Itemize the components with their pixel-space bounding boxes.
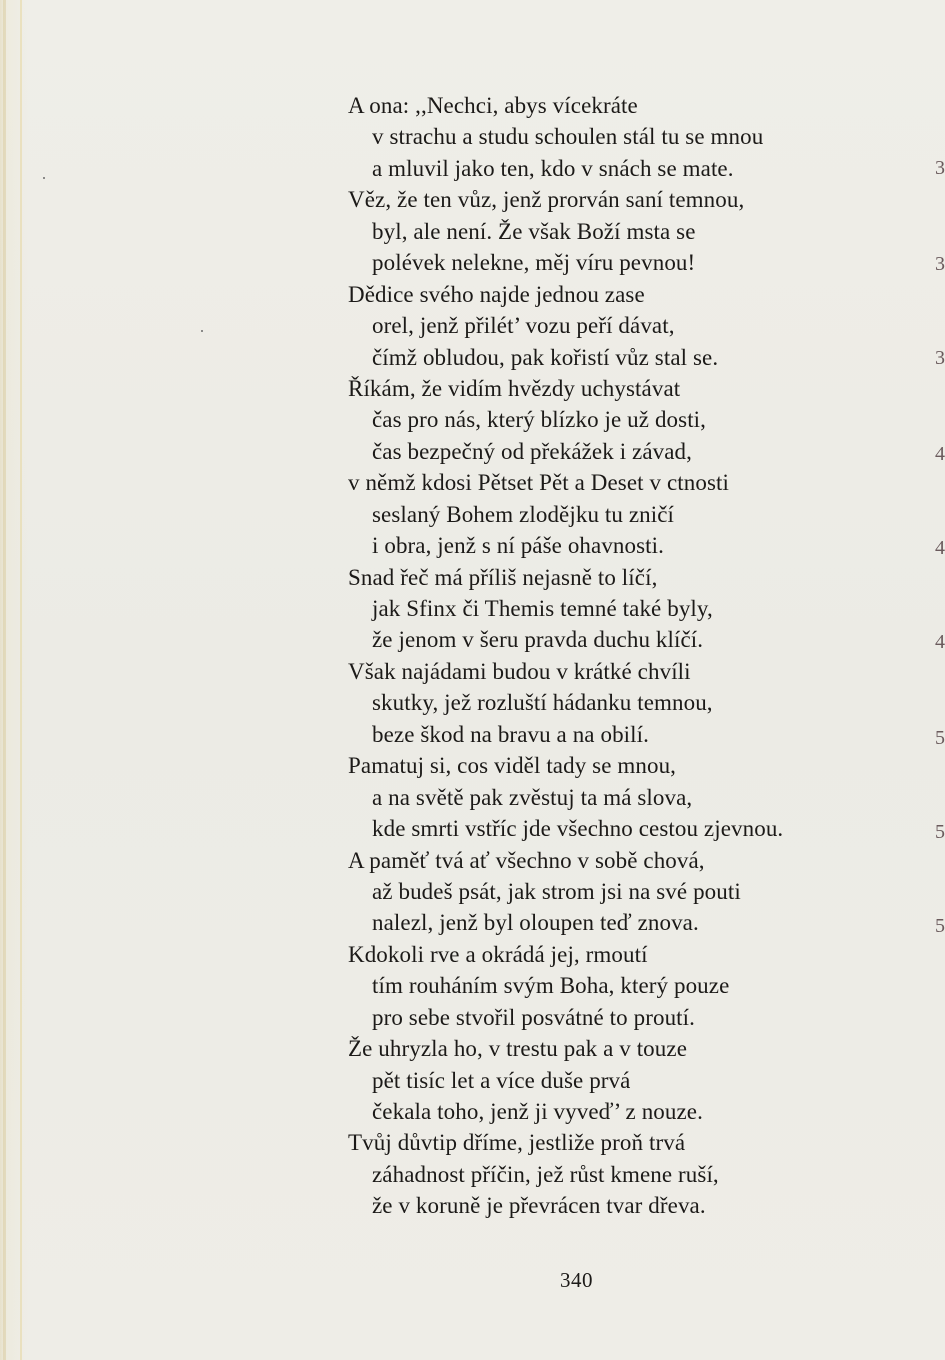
verse-line: A ona: ,,Nechci, abys vícekráte (348, 90, 783, 121)
verse-line: čas bezpečný od překážek i závad, (348, 436, 783, 467)
verse-line: tím rouháním svým Boha, který pouze (348, 970, 783, 1001)
facing-page-margin-number: 5 (935, 822, 945, 842)
verse-line: A paměť tvá ať všechno v sobě chová, (348, 845, 783, 876)
verse-line: v strachu a studu schoulen stál tu se mn… (348, 121, 783, 152)
paper-speck (201, 330, 203, 332)
verse-line: orel, jenž přilét’ vozu peří dávat, (348, 310, 783, 341)
verse-line: že jenom v šeru pravda duchu klíčí. (348, 624, 783, 655)
verse-line: a na světě pak zvěstuj ta má slova, (348, 782, 783, 813)
page-number: 340 (560, 1268, 593, 1293)
facing-page-margin-number: 4 (935, 444, 945, 464)
verse-line: pro sebe stvořil posvátné to proutí. (348, 1002, 783, 1033)
verse-line: Že uhryzla ho, v trestu pak a v touze (348, 1033, 783, 1064)
verse-line: čekala toho, jenž ji vyveď’ z nouze. (348, 1096, 783, 1127)
verse-line: seslaný Bohem zlodějku tu zničí (348, 499, 783, 530)
paper-speck (43, 177, 45, 179)
facing-page-margin-number: 3 (935, 254, 945, 274)
page-binding-line (20, 0, 22, 1360)
verse-line: čas pro nás, který blízko je už dosti, (348, 404, 783, 435)
facing-page-margin-number: 3 (935, 158, 945, 178)
verse-line: i obra, jenž s ní páše ohavnosti. (348, 530, 783, 561)
verse-line: byl, ale není. Že však Boží msta se (348, 216, 783, 247)
verse-line: Říkám, že vidím hvězdy uchystávat (348, 373, 783, 404)
verse-line: beze škod na bravu a na obilí. (348, 719, 783, 750)
facing-page-margin-number: 3 (935, 348, 945, 368)
verse-line: záhadnost příčin, jež růst kmene ruší, (348, 1159, 783, 1190)
verse-line: Dědice svého najde jednou zase (348, 279, 783, 310)
verse-line: a mluvil jako ten, kdo v snách se mate. (348, 153, 783, 184)
verse-line: v němž kdosi Pětset Pět a Deset v ctnost… (348, 467, 783, 498)
verse-line: nalezl, jenž byl oloupen teď znova. (348, 907, 783, 938)
verse-line: Tvůj důvtip dříme, jestliže proň trvá (348, 1127, 783, 1158)
verse-line: až budeš psát, jak strom jsi na své pout… (348, 876, 783, 907)
verse-line: čímž obludou, pak kořistí vůz stal se. (348, 342, 783, 373)
verse-line: Věz, že ten vůz, jenž prorván saní temno… (348, 184, 783, 215)
verse-line: pět tisíc let a více duše prvá (348, 1065, 783, 1096)
poem-text: A ona: ,,Nechci, abys vícekráte v strach… (348, 90, 783, 1222)
verse-line: kde smrti vstříc jde všechno cestou zjev… (348, 813, 783, 844)
facing-page-margin-number: 4 (935, 632, 945, 652)
page-binding-shadow (3, 0, 6, 1360)
verse-line: skutky, jež rozluští hádanku temnou, (348, 687, 783, 718)
verse-line: Pamatuj si, cos viděl tady se mnou, (348, 750, 783, 781)
verse-line: že v koruně je převrácen tvar dřeva. (348, 1190, 783, 1221)
facing-page-margin-number: 4 (935, 538, 945, 558)
verse-line: Však najádami budou v krátké chvíli (348, 656, 783, 687)
verse-line: polévek nelekne, měj víru pevnou! (348, 247, 783, 278)
verse-line: Snad řeč má příliš nejasně to líčí, (348, 562, 783, 593)
facing-page-margin-number: 5 (935, 728, 945, 748)
verse-line: jak Sfinx či Themis temné také byly, (348, 593, 783, 624)
facing-page-margin-number: 5 (935, 916, 945, 936)
verse-line: Kdokoli rve a okrádá jej, rmoutí (348, 939, 783, 970)
